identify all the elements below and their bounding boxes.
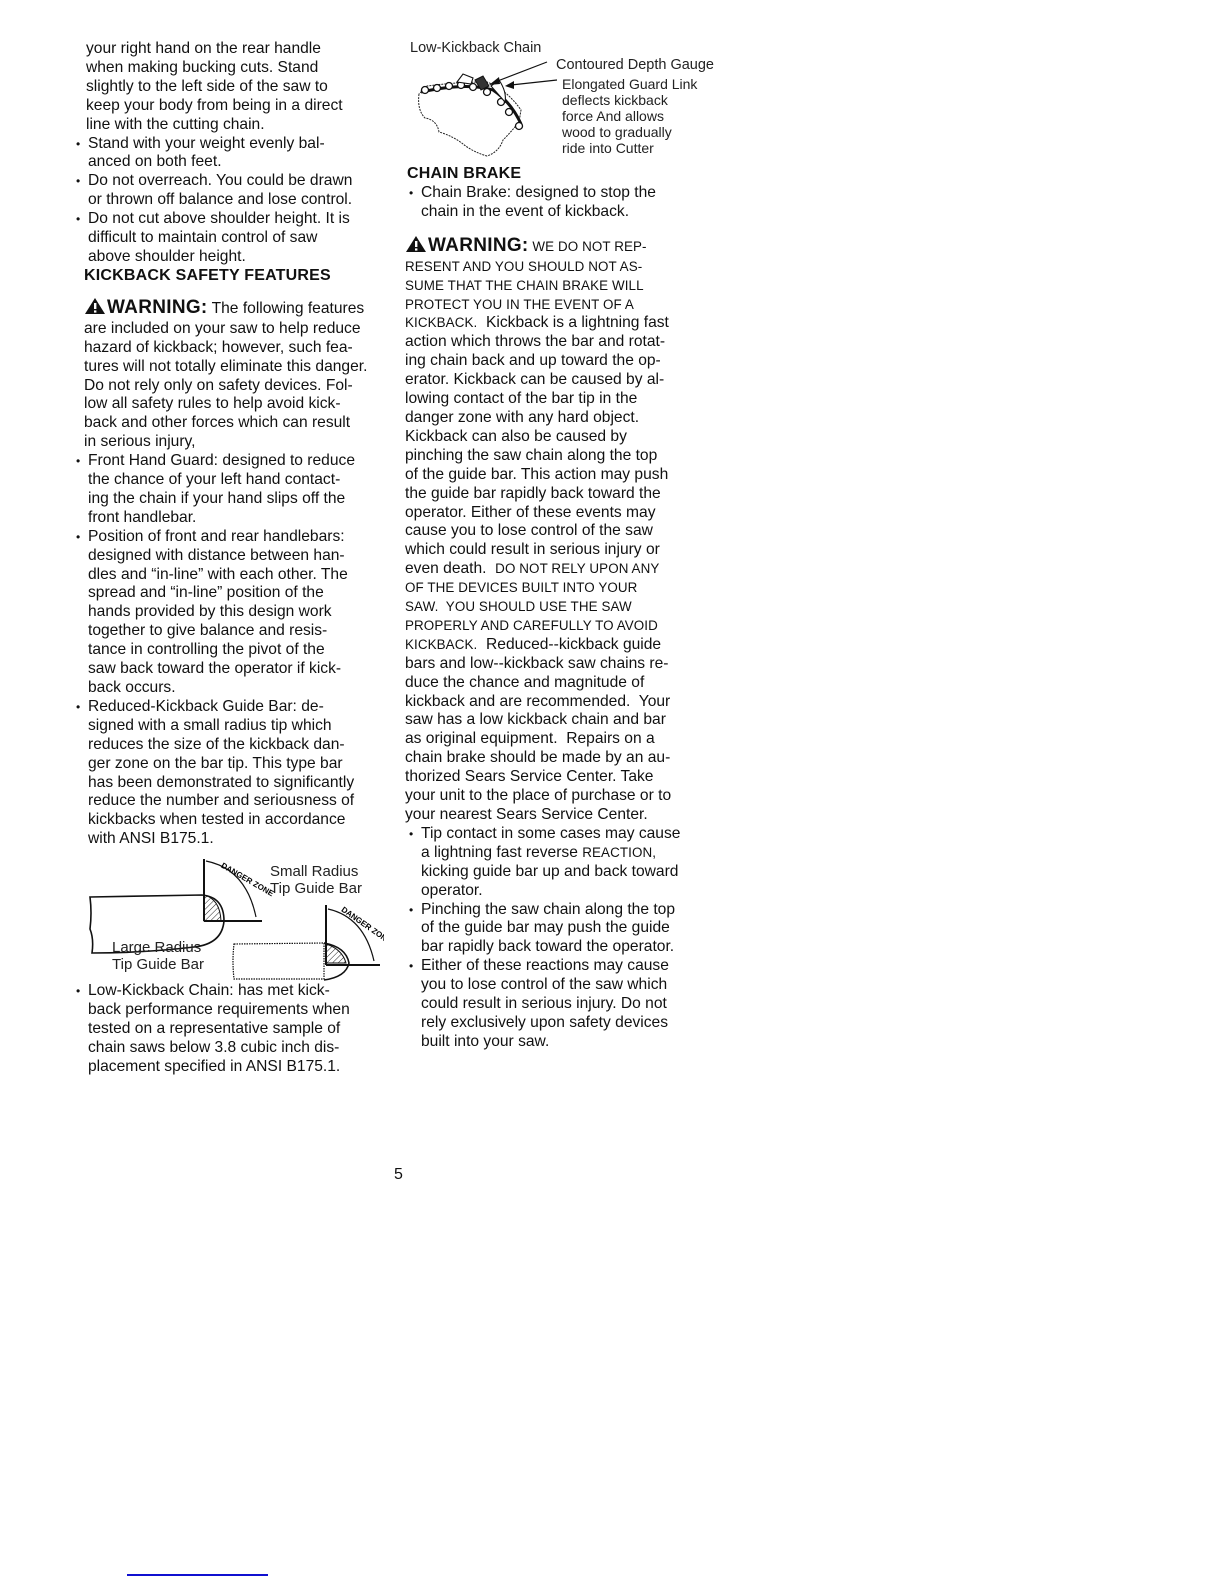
bullet-dot-icon: •: [76, 210, 80, 229]
text-span: Kickback is a lightning fast: [477, 314, 669, 331]
text-line: could result in serious injury. Do not: [421, 995, 725, 1014]
label-large-radius-sub: Tip Guide Bar: [112, 956, 204, 973]
guide-bar-diagram: DANGER ZONE DANGER ZONE Small Radius Tip…: [84, 849, 384, 984]
text-line: the chance of your left hand contact-: [88, 471, 386, 490]
text-line: hands provided by this design work: [88, 603, 386, 622]
label-guard-link: Elongated Guard Link deflects kickback f…: [562, 76, 697, 156]
text-line: RESENT AND YOU SHOULD NOT AS-: [405, 258, 725, 277]
text-line: hazard of kickback; however, such fea-: [84, 339, 386, 358]
text-line: cause you to lose control of the saw: [405, 522, 725, 541]
text-line: Front Hand Guard: designed to reduce: [88, 452, 386, 471]
text-line: your right hand on the rear handle: [86, 40, 386, 59]
text-line: difficult to maintain control of saw: [88, 229, 386, 248]
text-line: anced on both feet.: [88, 153, 386, 172]
bullet-dot-icon: •: [76, 528, 80, 547]
bullet-item: • Do not overreach. You could be drawn o…: [74, 172, 386, 210]
text-line: kicking guide bar up and back toward: [421, 863, 725, 882]
text-line: chain brake should be made by an au-: [405, 749, 725, 768]
text-line: kickbacks when tested in accordance: [88, 811, 386, 830]
chain-diagram: Low-Kickback Chain Contoured Depth Gauge…: [407, 40, 725, 166]
text-line: tance in controlling the pivot of the: [88, 641, 386, 660]
text-line: as original equipment. Repairs on a: [405, 730, 725, 749]
warning-label: WARNING:: [428, 235, 529, 256]
text-line: has been demonstrated to significantly: [88, 774, 386, 793]
text-line: in serious injury,: [84, 433, 386, 452]
text-span: KICKBACK.: [405, 637, 477, 652]
text-line: duce the chance and magnitude of: [405, 674, 725, 693]
text-line: action which throws the bar and rotat-: [405, 333, 725, 352]
bullet-dot-icon: •: [409, 957, 413, 976]
text-line: Pinching the saw chain along the top: [421, 901, 725, 920]
text-span: even death.: [405, 560, 495, 577]
text-line: tested on a representative sample of: [88, 1020, 386, 1039]
text-line: Kickback can also be caused by: [405, 428, 725, 447]
intro-paragraph: your right hand on the rear handle when …: [86, 40, 386, 135]
bullet-item: • Do not cut above shoulder height. It i…: [74, 210, 386, 267]
warning-triangle-icon: [84, 297, 106, 315]
bottom-rule: [127, 1574, 268, 1576]
bullet-item: • Stand with your weight evenly bal- anc…: [74, 135, 386, 173]
text-line: Do not overreach. You could be drawn: [88, 172, 386, 191]
warning-triangle-icon: [405, 235, 427, 253]
text-line: spread and “in-line” position of the: [88, 584, 386, 603]
bullet-dot-icon: •: [76, 452, 80, 471]
text-line: above shoulder height.: [88, 248, 386, 267]
text-line: saw back toward the operator if kick-: [88, 660, 386, 679]
text-line: ing chain back and up toward the op-: [405, 352, 725, 371]
text-line: back occurs.: [88, 679, 386, 698]
label-large-radius: Large Radius: [112, 939, 204, 956]
text-line: Tip contact in some cases may cause: [421, 825, 725, 844]
text-line: Position of front and rear handlebars:: [88, 528, 386, 547]
text-line: with ANSI B175.1.: [88, 830, 386, 849]
label-depth-gauge: Contoured Depth Gauge: [556, 57, 714, 73]
text-span: KICKBACK.: [405, 315, 477, 330]
bullet-dot-icon: •: [76, 135, 80, 154]
text-line: designed with distance between han-: [88, 547, 386, 566]
text-line: ger zone on the bar tip. This type bar: [88, 755, 386, 774]
text-line: Either of these reactions may cause: [421, 957, 725, 976]
svg-text:DANGER ZONE: DANGER ZONE: [340, 905, 384, 947]
text-line: or thrown off balance and lose control.: [88, 191, 386, 210]
text-line: reduce the number and seriousness of: [88, 792, 386, 811]
text-line: keep your body from being in a direct: [86, 97, 386, 116]
text-line: you to lose control of the saw which: [421, 976, 725, 995]
text-line: force And allows: [562, 108, 697, 124]
bullet-item-handlebars: • Position of front and rear handlebars:…: [74, 528, 386, 698]
label-small-radius-sub: Tip Guide Bar: [270, 880, 362, 897]
text-line: built into your saw.: [421, 1033, 725, 1052]
text-line: erator. Kickback can be caused by al-: [405, 371, 725, 390]
page-number: 5: [394, 1166, 403, 1184]
text-line: The following features: [208, 300, 365, 317]
bullet-item-pinching: • Pinching the saw chain along the top o…: [407, 901, 725, 958]
warning-block-chain-brake: WARNING: WE DO NOT REP- RESENT AND YOU S…: [405, 235, 725, 825]
text-line: operator.: [421, 882, 725, 901]
text-line: of the guide bar. This action may push: [405, 466, 725, 485]
bullet-item-tip-contact: • Tip contact in some cases may cause a …: [407, 825, 725, 901]
text-line: operator. Either of these events may: [405, 504, 725, 523]
text-line: which could result in serious injury or: [405, 541, 725, 560]
text-line: when making bucking cuts. Stand: [86, 59, 386, 78]
text-line: Low-Kickback Chain: has met kick-: [88, 982, 386, 1001]
bullet-item-either-reaction: • Either of these reactions may cause yo…: [407, 957, 725, 1052]
bullet-dot-icon: •: [76, 698, 80, 717]
text-line: SUME THAT THE CHAIN BRAKE WILL: [405, 277, 725, 296]
text-line: saw has a low kickback chain and bar: [405, 711, 725, 730]
text-line: chain saws below 3.8 cubic inch dis-: [88, 1039, 386, 1058]
label-small-radius: Small Radius: [270, 863, 362, 880]
text-line: low all safety rules to help avoid kick-: [84, 395, 386, 414]
text-line: are included on your saw to help reduce: [84, 320, 386, 339]
left-column: your right hand on the rear handle when …: [86, 40, 386, 1077]
text-span: DO NOT RELY UPON ANY: [495, 561, 659, 576]
text-line: pinching the saw chain along the top: [405, 447, 725, 466]
text-line: your unit to the place of purchase or to: [405, 787, 725, 806]
text-line: bars and low--kickback saw chains re-: [405, 655, 725, 674]
text-line: lowing contact of the bar tip in the: [405, 390, 725, 409]
chain-illustration: [407, 40, 567, 166]
text-line: Chain Brake: designed to stop the: [421, 184, 725, 203]
text-span: a lightning fast reverse: [421, 844, 582, 861]
text-line: WE DO NOT REP-: [529, 239, 647, 254]
right-column: Low-Kickback Chain Contoured Depth Gauge…: [407, 40, 725, 1052]
text-line: back performance requirements when: [88, 1001, 386, 1020]
text-line: rely exclusively upon safety devices: [421, 1014, 725, 1033]
bullet-item-front-hand-guard: • Front Hand Guard: designed to reduce t…: [74, 452, 386, 528]
text-line: wood to gradually: [562, 124, 697, 140]
text-line: danger zone with any hard object.: [405, 409, 725, 428]
text-line: Reduced-Kickback Guide Bar: de-: [88, 698, 386, 717]
text-line: OF THE DEVICES BUILT INTO YOUR: [405, 579, 725, 598]
warning-label: WARNING:: [107, 297, 208, 318]
text-line: back and other forces which can result: [84, 414, 386, 433]
text-line: bar rapidly back toward the operator.: [421, 938, 725, 957]
section-heading-chain-brake: CHAIN BRAKE: [407, 165, 725, 184]
text-line: Do not cut above shoulder height. It is: [88, 210, 386, 229]
text-line: your nearest Sears Service Center.: [405, 806, 725, 825]
text-line: Elongated Guard Link: [562, 76, 697, 92]
text-line: ing the chain if your hand slips off the: [88, 490, 386, 509]
text-line: together to give balance and resis-: [88, 622, 386, 641]
bullet-item-chain-brake: • Chain Brake: designed to stop the chai…: [407, 184, 725, 222]
bullet-dot-icon: •: [409, 825, 413, 844]
text-line: PROTECT YOU IN THE EVENT OF A: [405, 296, 725, 315]
text-line: of the guide bar may push the guide: [421, 919, 725, 938]
text-line: line with the cutting chain.: [86, 116, 386, 135]
text-line: SAW. YOU SHOULD USE THE SAW: [405, 598, 725, 617]
bullet-dot-icon: •: [409, 901, 413, 920]
bullet-item-low-kickback-chain: • Low-Kickback Chain: has met kick- back…: [74, 982, 386, 1077]
bullet-item-guide-bar: • Reduced-Kickback Guide Bar: de- signed…: [74, 698, 386, 849]
text-line: slightly to the left side of the saw to: [86, 78, 386, 97]
text-line: placement specified in ANSI B175.1.: [88, 1058, 386, 1077]
text-line: thorized Sears Service Center. Take: [405, 768, 725, 787]
text-line: the guide bar rapidly back toward the: [405, 485, 725, 504]
text-line: reduces the size of the kickback dan-: [88, 736, 386, 755]
bullet-dot-icon: •: [76, 172, 80, 191]
text-span: REACTION,: [582, 845, 656, 860]
text-line: signed with a small radius tip which: [88, 717, 386, 736]
text-line: kickback and are recommended. Your: [405, 693, 725, 712]
text-line: Do not rely only on safety devices. Fol-: [84, 377, 386, 396]
text-line: Stand with your weight evenly bal-: [88, 135, 386, 154]
text-line: dles and “in-line” with each other. The: [88, 566, 386, 585]
text-line: PROPERLY AND CAREFULLY TO AVOID: [405, 617, 725, 636]
bullet-dot-icon: •: [409, 184, 413, 203]
bullet-dot-icon: •: [76, 982, 80, 1001]
text-line: tures will not totally eliminate this da…: [84, 358, 386, 377]
text-span: Reduced--kickback guide: [477, 636, 661, 653]
text-line: front handlebar.: [88, 509, 386, 528]
text-line: ride into Cutter: [562, 140, 697, 156]
text-line: chain in the event of kickback.: [421, 203, 725, 222]
text-line: deflects kickback: [562, 92, 697, 108]
warning-block: WARNING: The following features are incl…: [84, 297, 386, 452]
section-heading-kickback-safety: KICKBACK SAFETY FEATURES: [84, 267, 386, 286]
